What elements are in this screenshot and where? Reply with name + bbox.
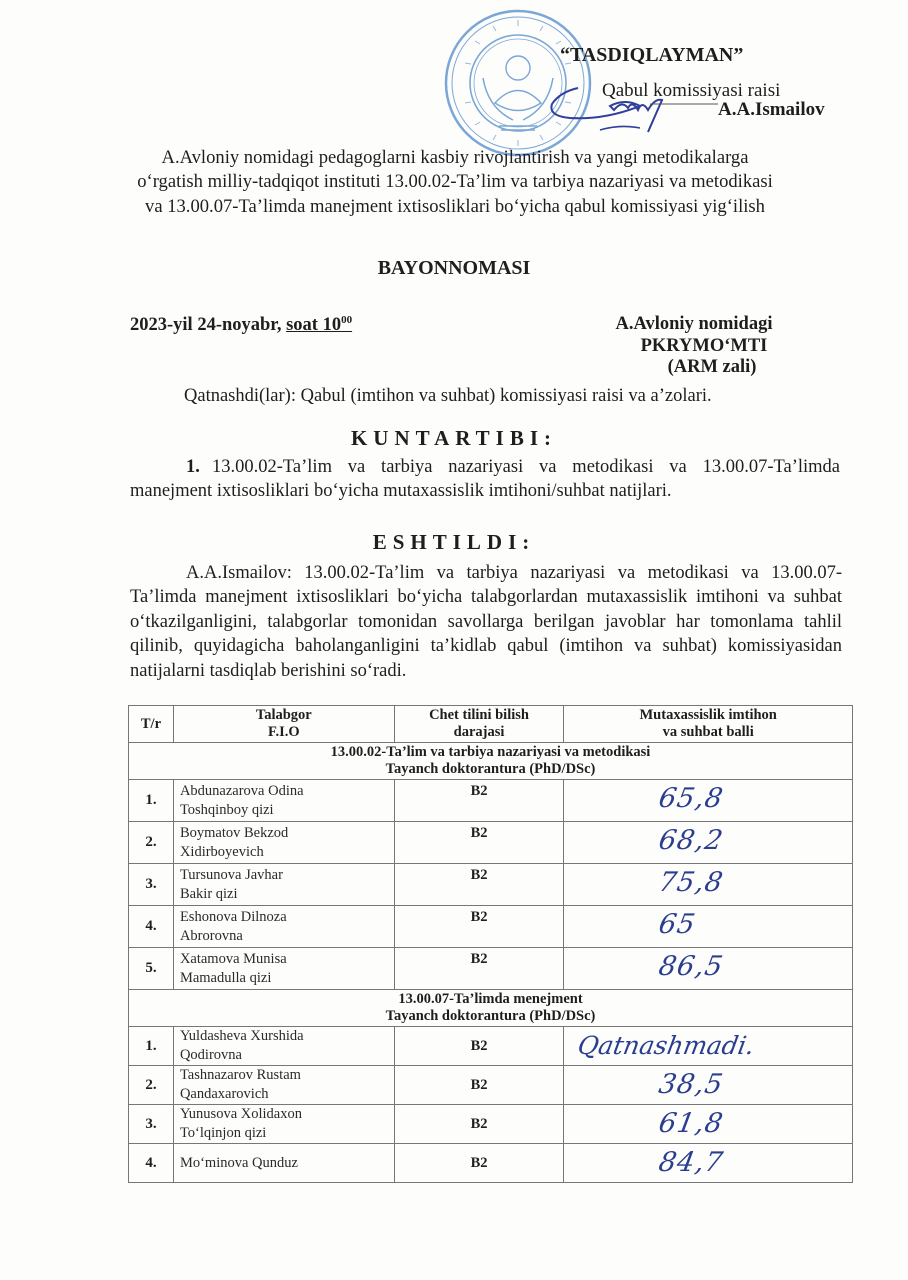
- handwritten-score: Qatnashmadi.: [576, 1031, 757, 1061]
- applicant-name-line1: Boymatov Bekzod: [180, 824, 394, 843]
- meeting-time-minutes: 00: [341, 314, 352, 326]
- handwritten-score: 65,8: [657, 784, 726, 814]
- table-row: 2. Boymatov Bekzod Xidirboyevich B2 68,2: [129, 822, 853, 864]
- table-row: 3. Yunusova Xolidaxon To‘lqinjon qizi B2…: [129, 1105, 853, 1144]
- exam-score-cell: Qatnashmadi.: [564, 1027, 853, 1066]
- exam-score-cell: 65,8: [564, 780, 853, 822]
- language-level: B2: [394, 1105, 564, 1144]
- results-table: T/r Talabgor F.I.O Chet tilini bilish da…: [128, 705, 853, 1183]
- table-row: 4. Mo‘minova Qunduz B2 84,7: [129, 1144, 853, 1183]
- language-level: B2: [394, 780, 564, 822]
- group-header: 13.00.07-Ta’limda menejment Tayanch dokt…: [129, 990, 853, 1027]
- applicant-name-line2: Xidirboyevich: [180, 843, 394, 862]
- meeting-date-text: 2023-yil 24-noyabr,: [130, 315, 281, 335]
- agenda-item: 1.13.00.02-Ta’lim va tarbiya nazariyasi …: [130, 455, 840, 503]
- header-language-line: darajasi: [395, 724, 564, 741]
- group-title: 13.00.02-Ta’lim va tarbiya nazariyasi va…: [129, 744, 852, 761]
- row-number: 3.: [129, 864, 174, 906]
- applicant-name-line2: Qandaxarovich: [180, 1085, 394, 1104]
- group-subtitle: Tayanch doktorantura (PhD/DSc): [129, 761, 852, 778]
- signature-icon: [530, 70, 720, 140]
- applicant-name-line1: Eshonova Dilnoza: [180, 908, 394, 927]
- handwritten-score: 61,8: [657, 1109, 726, 1139]
- group-subtitle: Tayanch doktorantura (PhD/DSc): [129, 1008, 852, 1025]
- applicant-name-line2: Abrorovna: [180, 927, 394, 946]
- table-row: 1. Yuldasheva Xurshida Qodirovna B2 Qatn…: [129, 1027, 853, 1066]
- handwritten-score: 68,2: [657, 826, 726, 856]
- group-header-row: 13.00.02-Ta’lim va tarbiya nazariyasi va…: [129, 743, 853, 780]
- applicant-name-line1: Tursunova Javhar: [180, 866, 394, 885]
- applicant-name-line2: To‘lqinjon qizi: [180, 1124, 394, 1143]
- row-number: 4.: [129, 1144, 174, 1183]
- handwritten-score: 84,7: [657, 1148, 726, 1178]
- applicant-name-line1: Mo‘minova Qunduz: [180, 1154, 394, 1173]
- applicant-name: Mo‘minova Qunduz: [173, 1144, 394, 1183]
- handwritten-score: 86,5: [657, 952, 726, 982]
- meeting-venue: A.Avloniy nomidagi PKRYMO‘MTI (ARM zali): [580, 314, 800, 379]
- exam-score-cell: 75,8: [564, 864, 853, 906]
- language-level: B2: [394, 948, 564, 990]
- table-header-row: T/r Talabgor F.I.O Chet tilini bilish da…: [129, 706, 853, 743]
- exam-score-cell: 68,2: [564, 822, 853, 864]
- attendees-line: Qatnashdi(lar): Qabul (imtihon va suhbat…: [184, 386, 712, 407]
- header-name-line: Talabgor: [174, 707, 394, 724]
- exam-score-cell: 38,5: [564, 1066, 853, 1105]
- applicant-name: Xatamova Munisa Mamadulla qizi: [173, 948, 394, 990]
- header-language: Chet tilini bilish darajasi: [394, 706, 564, 743]
- row-number: 2.: [129, 822, 174, 864]
- approval-signatory-name: A.A.Ismailov: [718, 99, 825, 121]
- exam-score-cell: 61,8: [564, 1105, 853, 1144]
- heard-heading: ESHTILDI:: [0, 530, 908, 555]
- row-number: 4.: [129, 906, 174, 948]
- language-level: B2: [394, 1144, 564, 1183]
- venue-line: PKRYMO‘MTI: [580, 336, 800, 358]
- applicant-name-line1: Xatamova Munisa: [180, 950, 394, 969]
- table-row: 2. Tashnazarov Rustam Qandaxarovich B2 3…: [129, 1066, 853, 1105]
- table-row: 1. Abdunazarova Odina Toshqinboy qizi B2…: [129, 780, 853, 822]
- table-row: 4. Eshonova Dilnoza Abrorovna B2 65: [129, 906, 853, 948]
- applicant-name-line1: Yunusova Xolidaxon: [180, 1105, 394, 1124]
- handwritten-score: 75,8: [657, 868, 726, 898]
- heard-paragraph: A.A.Ismailov: 13.00.02-Ta’lim va tarbiya…: [130, 561, 842, 683]
- language-level: B2: [394, 1027, 564, 1066]
- agenda-item-number: 1.: [130, 455, 212, 479]
- header-number: T/r: [129, 706, 174, 743]
- approval-title: “TASDIQLAYMAN”: [560, 44, 743, 67]
- header-language-line: Chet tilini bilish: [395, 707, 564, 724]
- applicant-name: Tursunova Javhar Bakir qizi: [173, 864, 394, 906]
- header-name: Talabgor F.I.O: [173, 706, 394, 743]
- document-page: “TASDIQLAYMAN” Qabul komissiyasi raisi A…: [0, 0, 908, 1280]
- language-level: B2: [394, 864, 564, 906]
- meeting-time: soat 1000: [286, 315, 352, 335]
- header-score-line: va suhbat balli: [564, 724, 852, 741]
- applicant-name-line1: Tashnazarov Rustam: [180, 1066, 394, 1085]
- group-header: 13.00.02-Ta’lim va tarbiya nazariyasi va…: [129, 743, 853, 780]
- applicant-name-line2: Mamadulla qizi: [180, 969, 394, 988]
- applicant-name: Yuldasheva Xurshida Qodirovna: [173, 1027, 394, 1066]
- agenda-heading: KUNTARTIBI:: [0, 426, 908, 451]
- agenda-item-text: 13.00.02-Ta’lim va tarbiya nazariyasi va…: [130, 457, 840, 501]
- language-level: B2: [394, 1066, 564, 1105]
- row-number: 1.: [129, 780, 174, 822]
- language-level: B2: [394, 822, 564, 864]
- header-name-line: F.I.O: [174, 724, 394, 741]
- row-number: 3.: [129, 1105, 174, 1144]
- applicant-name-line1: Yuldasheva Xurshida: [180, 1027, 394, 1046]
- meeting-date: 2023-yil 24-noyabr, soat 1000: [130, 314, 352, 336]
- row-number: 1.: [129, 1027, 174, 1066]
- meeting-time-label: soat 10: [286, 315, 341, 335]
- applicant-name: Tashnazarov Rustam Qandaxarovich: [173, 1066, 394, 1105]
- applicant-name-line1: Abdunazarova Odina: [180, 782, 394, 801]
- group-title: 13.00.07-Ta’limda menejment: [129, 991, 852, 1008]
- venue-line: A.Avloniy nomidagi: [580, 314, 800, 336]
- language-level: B2: [394, 906, 564, 948]
- table-row: 5. Xatamova Munisa Mamadulla qizi B2 86,…: [129, 948, 853, 990]
- exam-score-cell: 86,5: [564, 948, 853, 990]
- applicant-name-line2: Qodirovna: [180, 1046, 394, 1065]
- group-header-row: 13.00.07-Ta’limda menejment Tayanch dokt…: [129, 990, 853, 1027]
- applicant-name: Eshonova Dilnoza Abrorovna: [173, 906, 394, 948]
- row-number: 2.: [129, 1066, 174, 1105]
- applicant-name-line2: Bakir qizi: [180, 885, 394, 904]
- applicant-name-line2: Toshqinboy qizi: [180, 801, 394, 820]
- applicant-name: Yunusova Xolidaxon To‘lqinjon qizi: [173, 1105, 394, 1144]
- table-row: 3. Tursunova Javhar Bakir qizi B2 75,8: [129, 864, 853, 906]
- exam-score-cell: 65: [564, 906, 853, 948]
- header-score: Mutaxassislik imtihon va suhbat balli: [564, 706, 853, 743]
- row-number: 5.: [129, 948, 174, 990]
- exam-score-cell: 84,7: [564, 1144, 853, 1183]
- handwritten-score: 38,5: [657, 1070, 726, 1100]
- applicant-name: Boymatov Bekzod Xidirboyevich: [173, 822, 394, 864]
- document-title: BAYONNOMASI: [0, 257, 908, 280]
- intro-paragraph: A.Avloniy nomidagi pedagoglarni kasbiy r…: [130, 146, 780, 219]
- venue-line: (ARM zali): [580, 357, 800, 379]
- handwritten-score: 65: [657, 910, 699, 940]
- header-score-line: Mutaxassislik imtihon: [564, 707, 852, 724]
- applicant-name: Abdunazarova Odina Toshqinboy qizi: [173, 780, 394, 822]
